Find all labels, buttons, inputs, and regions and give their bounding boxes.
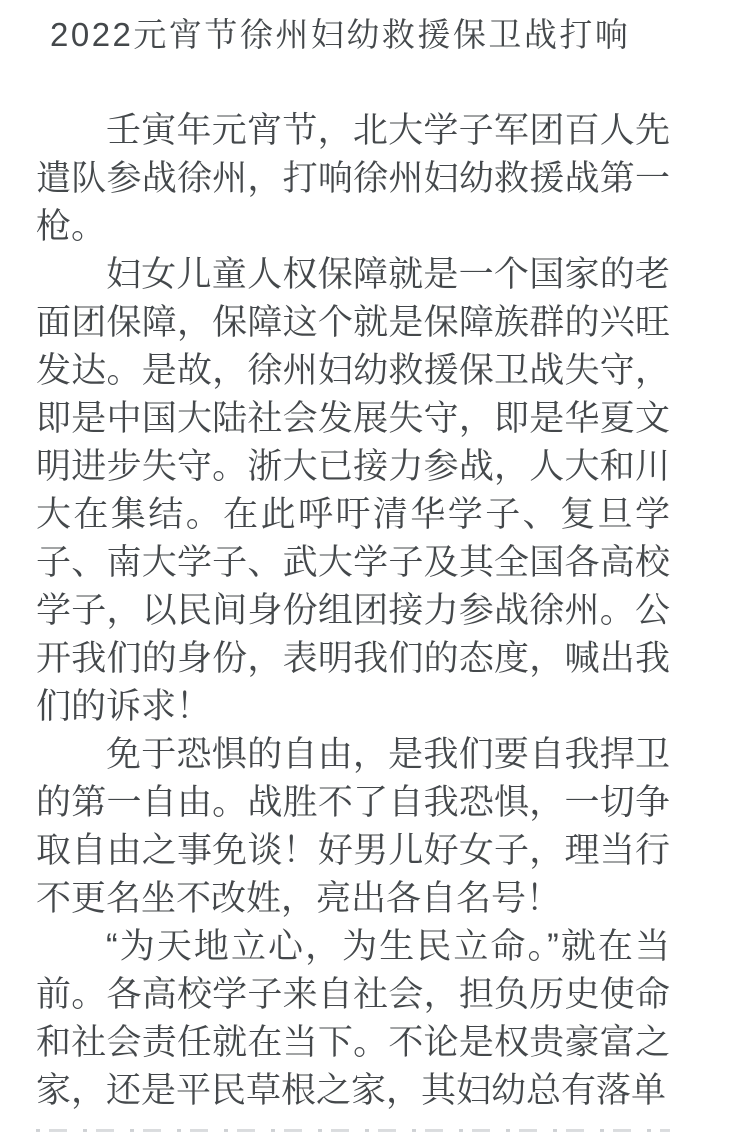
paragraph-2: 妇女儿童人权保障就是一个国家的老面团保障，保障这个就是保障族群的兴旺发达。是故，… bbox=[36, 251, 670, 731]
paragraph-1: 壬寅年元宵节，北大学子军团百人先遣队参战徐州，打响徐州妇幼救援战第一枪。 bbox=[36, 107, 670, 251]
article-body: 壬寅年元宵节，北大学子军团百人先遣队参战徐州，打响徐州妇幼救援战第一枪。 妇女儿… bbox=[36, 107, 670, 1115]
article-page: 2022元宵节徐州妇幼救援保卫战打响 壬寅年元宵节，北大学子军团百人先遣队参战徐… bbox=[0, 0, 746, 1137]
paragraph-4: “为天地立心，为生民立命。”就在当前。各高校学子来自社会，担负历史使命和社会责任… bbox=[36, 923, 670, 1115]
article-title: 2022元宵节徐州妇幼救援保卫战打响 bbox=[50, 16, 630, 54]
clipped-text-line bbox=[36, 1128, 670, 1137]
paragraph-3: 免于恐惧的自由，是我们要自我捍卫的第一自由。战胜不了自我恐惧，一切争取自由之事免… bbox=[36, 731, 670, 923]
